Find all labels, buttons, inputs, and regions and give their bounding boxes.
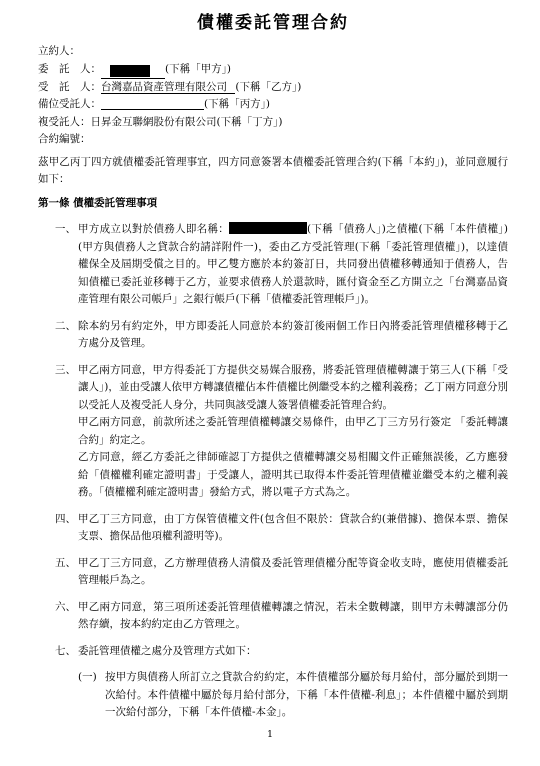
sub-trustee-label: 複受託人： [38,116,91,128]
article-1-item-3: 三、 甲乙兩方同意，甲方得委託丁方提供交易媒合服務，將委託管理債權轉讓于第三人(… [38,362,508,502]
redaction-box [110,65,150,77]
item-1-text-before: 甲方成立以對於債務人即名稱： [78,223,229,235]
backup-trustee-label: 備位受託人： [38,98,101,110]
item-3-paragraph-3: 乙方同意，經乙方委託之律師確認丁方提供之債權轉讓交易相關文件正確無誤後，乙方應發… [78,449,508,502]
party-line-backup-trustee: 備位受託人：(下稱「丙方」) [38,96,508,114]
backup-trustee-alias: (下稱「丙方」) [204,98,270,110]
sub-item-1-text: 按甲方與債務人所訂立之貸款合約約定，本件債權部分屬於每月給付，部分屬於到期一次給… [105,671,508,718]
preamble-paragraph: 茲甲乙丙丁四方就債權委託管理事宜，四方同意簽署本債權委託管理合約(下稱「本約」)… [38,154,508,189]
contract-number-label: 合約編號： [38,133,91,145]
item-3-marker: 三、 [55,362,76,380]
item-6-marker: 六、 [55,599,76,617]
sub-item-1-marker: (一) [78,669,97,687]
party-line-sub-trustee: 複受託人：日昇金互聯網股份有限公司(下稱「丁方」) [38,114,508,132]
trustee-alias: (下稱「乙方」) [235,81,301,93]
sub-trustee-name: 日昇金互聯網股份有限公司(下稱「丁方」) [91,116,283,128]
article-1-item-2: 二、 除本約另有約定外，甲方即委託人同意於本約簽訂後兩個工作日內將委託管理債權移… [38,318,508,353]
item-2-marker: 二、 [55,318,76,336]
contract-page: 債權委託管理合約 立約人： 委 託 人：(下稱「甲方」) 受 託 人：台灣嘉品資… [0,0,540,766]
item-1-marker: 一、 [55,221,76,239]
item-7-text: 委託管理債權之處分及管理方式如下： [78,645,257,657]
backup-trustee-name-blank [101,97,204,110]
article-1-item-5: 五、 甲乙丁三方同意，乙方辦理債務人清償及委託管理債權分配等資金收支時，應使用債… [38,555,508,590]
parties-heading: 立約人： [38,43,508,61]
redaction-box [229,222,307,234]
document-title: 債權委託管理合約 [38,11,508,35]
item-5-marker: 五、 [55,555,76,573]
item-4-text: 甲乙丁三方同意，由丁方保管債權文件(包含但不限於：貸款合約(兼借據)、擔保本票、… [78,513,508,543]
entrustor-name-underline [101,65,165,79]
article-1-item-1: 一、 甲方成立以對於債務人即名稱：(下稱「債務人」)之債權(下稱「本件債權」)(… [38,221,508,309]
article-1-item-4: 四、 甲乙丁三方同意，由丁方保管債權文件(包含但不限於：貸款合約(兼借據)、擔保… [38,511,508,546]
article-1-item-7-sub-1: (一) 按甲方與債務人所訂立之貸款合約約定，本件債權部分屬於每月給付，部分屬於到… [38,669,508,722]
item-6-text: 甲乙兩方同意，第三項所述委託管理債權轉讓之情況，若未全數轉讓，則甲方未轉讓部分仍… [78,601,508,631]
contract-number-line: 合約編號： [38,131,508,149]
item-3-paragraph-1: 甲乙兩方同意，甲方得委託丁方提供交易媒合服務，將委託管理債權轉讓于第三人(下稱「… [78,362,508,415]
item-5-text: 甲乙丁三方同意，乙方辦理債務人清償及委託管理債權分配等資金收支時，應使用債權委託… [78,557,508,587]
item-4-marker: 四、 [55,511,76,529]
entrustor-alias: (下稱「甲方」) [165,63,231,75]
party-line-trustee: 受 託 人：台灣嘉品資產管理有限公司 (下稱「乙方」) [38,79,508,97]
article-1-heading: 第一條 債權委託管理事項 [38,195,508,213]
item-2-text: 除本約另有約定外，甲方即委託人同意於本約簽訂後兩個工作日內將委託管理債權移轉于乙… [78,320,508,350]
party-line-entrustor: 委 託 人：(下稱「甲方」) [38,61,508,79]
item-1-text-after: (下稱「債務人」)之債權(下稱「本件債權」)(甲方與債務人之貸款合約請詳附件一)… [78,223,508,305]
entrustor-label: 委 託 人： [38,63,101,75]
item-3-paragraph-2: 甲乙兩方同意，前款所述之委託管理債權轉讓交易條件，由甲乙丁三方另行簽定 「委託轉… [78,414,508,449]
article-1-item-7: 七、 委託管理債權之處分及管理方式如下： [38,643,508,661]
trustee-label: 受 託 人： [38,81,101,93]
article-1-item-6: 六、 甲乙兩方同意，第三項所述委託管理債權轉讓之情況，若未全數轉讓，則甲方未轉讓… [38,599,508,634]
page-number: 1 [0,729,540,741]
trustee-name: 台灣嘉品資產管理有限公司 [101,81,235,94]
item-7-marker: 七、 [55,643,76,661]
